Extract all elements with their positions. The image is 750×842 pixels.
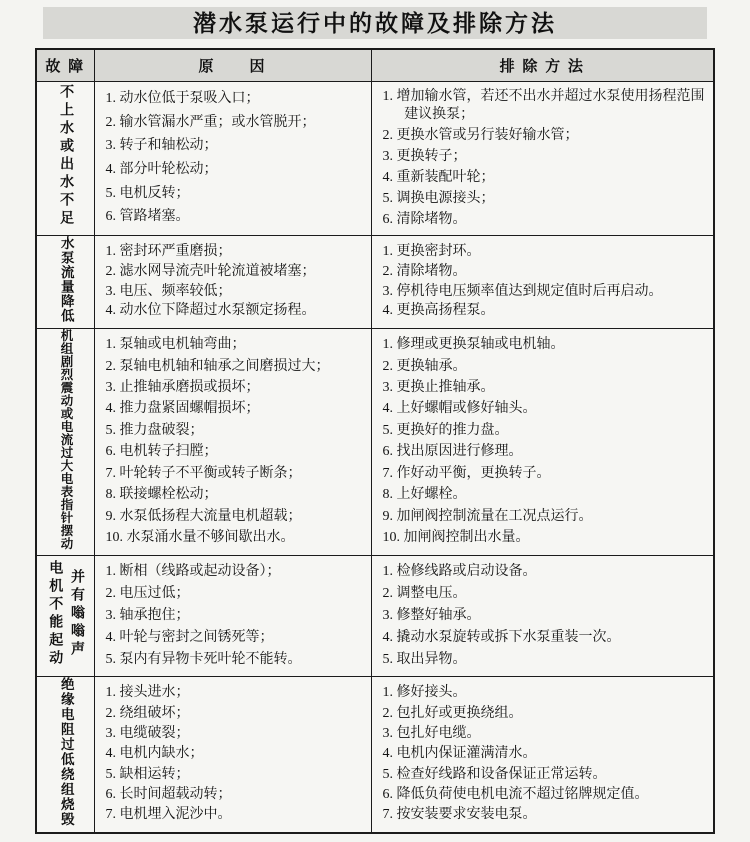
list-item: 3. 更换止推轴承。 — [383, 379, 706, 397]
fault-label: 不上水或出水不足 — [54, 84, 76, 228]
scanned-document-page: { "page_title": "潜水泵运行中的故障及排除方法", "table… — [0, 0, 750, 842]
list-item: 1. 检修线路或启动设备。 — [383, 563, 706, 581]
remedies-cell: 1. 修理或更换泵轴或电机轴。2. 更换轴承。3. 更换止推轴承。4. 上好螺帽… — [371, 329, 714, 556]
table-row: 不上水或出水不足 1. 动水位低于泵吸入口；2. 输水管漏水严重；或水管脱开；3… — [36, 82, 714, 236]
list-item: 3. 电缆破裂； — [106, 725, 363, 743]
list-item: 5. 缺相运转； — [106, 766, 363, 784]
remedies-list: 1. 修好接头。2. 包扎好或更换绕组。3. 包扎好电缆。4. 电机内保证灌满清… — [383, 683, 706, 827]
causes-list: 1. 动水位低于泵吸入口；2. 输水管漏水严重；或水管脱开；3. 转子和轴松动；… — [106, 85, 363, 232]
list-item: 2. 调整电压。 — [383, 585, 706, 603]
header-remedy: 排 除 方 法 — [371, 49, 714, 82]
remedies-list: 1. 增加输水管，若还不出水并超过水泵使用扬程范围建议换泵；2. 更换水管或另行… — [383, 85, 706, 232]
list-item: 8. 联接螺栓松动； — [106, 486, 363, 504]
list-item: 5. 推力盘破裂； — [106, 422, 363, 440]
list-item: 5. 泵内有异物卡死叶轮不能转。 — [106, 651, 363, 669]
remedies-cell: 1. 更换密封环。2. 清除堵物。3. 停机待电压频率值达到规定值时后再启动。4… — [371, 236, 714, 329]
list-item: 7. 电机埋入泥沙中。 — [106, 806, 363, 824]
list-item: 9. 水泵低扬程大流量电机超载； — [106, 508, 363, 526]
list-item: 3. 转子和轴松动； — [106, 137, 363, 155]
list-item: 4. 上好螺帽或修好轴头。 — [383, 400, 706, 418]
list-item: 10. 加闸阀控制出水量。 — [383, 529, 706, 547]
list-item: 4. 部分叶轮松动； — [106, 161, 363, 179]
list-item: 1. 动水位低于泵吸入口； — [106, 90, 363, 108]
list-item: 1. 修理或更换泵轴或电机轴。 — [383, 336, 706, 354]
list-item: 3. 修整好轴承。 — [383, 607, 706, 625]
remedies-cell: 1. 修好接头。2. 包扎好或更换绕组。3. 包扎好电缆。4. 电机内保证灌满清… — [371, 677, 714, 834]
list-item: 3. 轴承抱住； — [106, 607, 363, 625]
list-item: 6. 清除堵物。 — [383, 211, 706, 229]
fault-label: 水泵流量降低 — [55, 236, 76, 323]
list-item: 7. 作好动平衡，更换转子。 — [383, 465, 706, 483]
causes-list: 1. 泵轴或电机轴弯曲；2. 泵轴电机轴和轴承之间磨损过大；3. 止推轴承磨损或… — [106, 333, 363, 551]
list-item: 2. 包扎好或更换绕组。 — [383, 705, 706, 723]
list-item: 1. 修好接头。 — [383, 684, 706, 702]
causes-cell: 1. 动水位低于泵吸入口；2. 输水管漏水严重；或水管脱开；3. 转子和轴松动；… — [94, 82, 371, 236]
list-item: 4. 电机内缺水； — [106, 745, 363, 763]
list-item: 5. 电机反转； — [106, 185, 363, 203]
list-item: 1. 泵轴或电机轴弯曲； — [106, 336, 363, 354]
list-item: 2. 滤水网导流壳叶轮流道被堵塞； — [106, 263, 363, 281]
remedies-list: 1. 更换密封环。2. 清除堵物。3. 停机待电压频率值达到规定值时后再启动。4… — [383, 242, 706, 322]
causes-cell: 1. 密封环严重磨损；2. 滤水网导流壳叶轮流道被堵塞；3. 电压、频率较低；4… — [94, 236, 371, 329]
list-item: 4. 动水位下降超过水泵额定扬程。 — [106, 302, 363, 320]
list-item: 1. 增加输水管，若还不出水并超过水泵使用扬程范围建议换泵； — [383, 88, 706, 125]
list-item: 7. 叶轮转子不平衡或转子断条； — [106, 465, 363, 483]
header-row: 故 障 原 因 排 除 方 法 — [36, 49, 714, 82]
list-item: 2. 电压过低； — [106, 585, 363, 603]
remedies-list: 1. 修理或更换泵轴或电机轴。2. 更换轴承。3. 更换止推轴承。4. 上好螺帽… — [383, 333, 706, 551]
remedies-list: 1. 检修线路或启动设备。2. 调整电压。3. 修整好轴承。4. 撬动水泵旋转或… — [383, 559, 706, 673]
list-item: 6. 长时间超载动转； — [106, 786, 363, 804]
list-item: 2. 绕组破坏； — [106, 705, 363, 723]
list-item: 3. 更换转子； — [383, 148, 706, 166]
list-item: 2. 泵轴电机轴和轴承之间磨损过大； — [106, 358, 363, 376]
table-row: 水泵流量降低 1. 密封环严重磨损；2. 滤水网导流壳叶轮流道被堵塞；3. 电压… — [36, 236, 714, 329]
list-item: 2. 更换水管或另行装好输水管； — [383, 127, 706, 145]
list-item: 4. 撬动水泵旋转或拆下水泵重装一次。 — [383, 629, 706, 647]
fault-remedy-table: 故 障 原 因 排 除 方 法 不上水或出水不足 1. 动水位低于泵吸入口；2.… — [35, 48, 715, 834]
causes-cell: 1. 接头进水；2. 绕组破坏；3. 电缆破裂；4. 电机内缺水；5. 缺相运转… — [94, 677, 371, 834]
list-item: 6. 电机转子扫膛； — [106, 443, 363, 461]
list-item: 4. 重新装配叶轮； — [383, 169, 706, 187]
list-item: 2. 输水管漏水严重；或水管脱开； — [106, 114, 363, 132]
table-row: 机组剧烈震动或电流过大电表指针摆动 1. 泵轴或电机轴弯曲；2. 泵轴电机轴和轴… — [36, 329, 714, 556]
list-item: 3. 包扎好电缆。 — [383, 725, 706, 743]
list-item: 8. 上好螺栓。 — [383, 486, 706, 504]
list-item: 1. 更换密封环。 — [383, 243, 706, 261]
list-item: 5. 调换电源接头； — [383, 190, 706, 208]
fault-label: 机组剧烈震动或电流过大电表指针摆动 — [56, 329, 75, 550]
list-item: 6. 管路堵塞。 — [106, 208, 363, 226]
list-item: 9. 加闸阀控制流量在工况点运行。 — [383, 508, 706, 526]
fault-cell: 机组剧烈震动或电流过大电表指针摆动 — [36, 329, 94, 556]
causes-list: 1. 断相（线路或起动设备）；2. 电压过低；3. 轴承抱住；4. 叶轮与密封之… — [106, 559, 363, 673]
fault-label: 绝缘电阻过低绕组烧毁 — [55, 677, 76, 827]
list-item: 2. 更换轴承。 — [383, 358, 706, 376]
list-item: 3. 止推轴承磨损或损坏； — [106, 379, 363, 397]
list-item: 10. 水泵涌水量不够间歇出水。 — [106, 529, 363, 547]
list-item: 4. 电机内保证灌满清水。 — [383, 745, 706, 763]
list-item: 4. 推力盘紧固螺帽损坏； — [106, 400, 363, 418]
list-item: 1. 断相（线路或起动设备）； — [106, 563, 363, 581]
list-item: 4. 叶轮与密封之间锈死等； — [106, 629, 363, 647]
list-item: 6. 降低负荷使电机电流不超过铭牌规定值。 — [383, 786, 706, 804]
list-item: 7. 按安装要求安装电泵。 — [383, 806, 706, 824]
causes-list: 1. 密封环严重磨损；2. 滤水网导流壳叶轮流道被堵塞；3. 电压、频率较低；4… — [106, 242, 363, 322]
header-cause: 原 因 — [94, 49, 371, 82]
list-item: 5. 检查好线路和设备保证正常运转。 — [383, 766, 706, 784]
remedies-cell: 1. 检修线路或启动设备。2. 调整电压。3. 修整好轴承。4. 撬动水泵旋转或… — [371, 556, 714, 677]
list-item: 3. 停机待电压频率值达到规定值时后再启动。 — [383, 283, 706, 301]
page-title: 潜水泵运行中的故障及排除方法 — [43, 7, 707, 39]
list-item: 1. 接头进水； — [106, 684, 363, 702]
fault-label: 电机不能起动 并有嗡嗡声 — [44, 560, 87, 668]
list-item: 5. 更换好的推力盘。 — [383, 422, 706, 440]
fault-cell: 水泵流量降低 — [36, 236, 94, 329]
table-row: 电机不能起动 并有嗡嗡声 1. 断相（线路或起动设备）；2. 电压过低；3. 轴… — [36, 556, 714, 677]
causes-cell: 1. 断相（线路或起动设备）；2. 电压过低；3. 轴承抱住；4. 叶轮与密封之… — [94, 556, 371, 677]
list-item: 3. 电压、频率较低； — [106, 283, 363, 301]
list-item: 6. 找出原因进行修理。 — [383, 443, 706, 461]
list-item: 4. 更换高扬程泵。 — [383, 302, 706, 320]
causes-list: 1. 接头进水；2. 绕组破坏；3. 电缆破裂；4. 电机内缺水；5. 缺相运转… — [106, 683, 363, 827]
causes-cell: 1. 泵轴或电机轴弯曲；2. 泵轴电机轴和轴承之间磨损过大；3. 止推轴承磨损或… — [94, 329, 371, 556]
list-item: 5. 取出异物。 — [383, 651, 706, 669]
list-item: 2. 清除堵物。 — [383, 263, 706, 281]
table-row: 绝缘电阻过低绕组烧毁 1. 接头进水；2. 绕组破坏；3. 电缆破裂；4. 电机… — [36, 677, 714, 834]
header-fault: 故 障 — [36, 49, 94, 82]
list-item: 1. 密封环严重磨损； — [106, 243, 363, 261]
fault-cell: 电机不能起动 并有嗡嗡声 — [36, 556, 94, 677]
remedies-cell: 1. 增加输水管，若还不出水并超过水泵使用扬程范围建议换泵；2. 更换水管或另行… — [371, 82, 714, 236]
fault-cell: 绝缘电阻过低绕组烧毁 — [36, 677, 94, 834]
fault-cell: 不上水或出水不足 — [36, 82, 94, 236]
